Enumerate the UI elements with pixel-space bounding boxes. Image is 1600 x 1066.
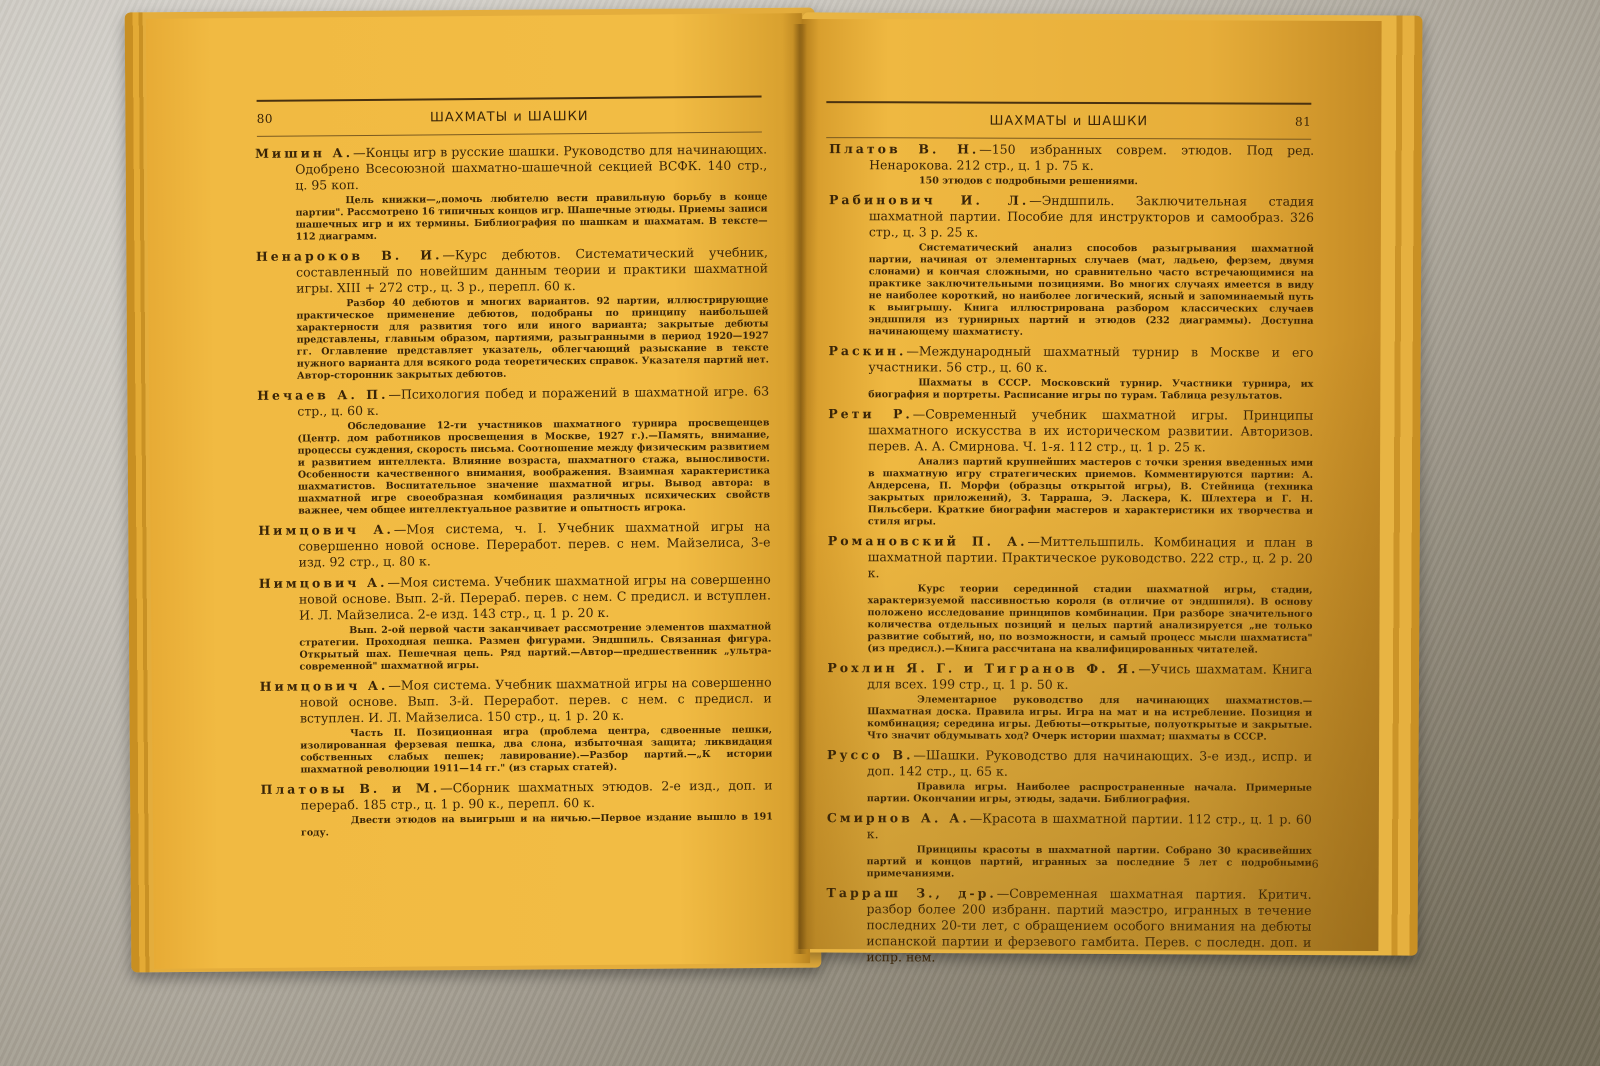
bibliography-entry: Романовский П. А.—Миттельшпиль. Комбинац… xyxy=(827,533,1312,657)
entry-title-line: Рохлин Я. Г. и Тигранов Ф. Я.—Учись шахм… xyxy=(827,660,1312,694)
bibliography-entry: Нимцович А.—Моя система, ч. I. Учебник ш… xyxy=(258,518,770,570)
entry-title-line: Нимцович А.—Моя система. Учебник шахматн… xyxy=(260,674,772,726)
entry-author: Рохлин Я. Г. и Тигранов Ф. Я. xyxy=(827,660,1138,676)
book-gutter xyxy=(793,24,807,954)
bibliography-entry: Нечаев А. П.—Психология побед и поражени… xyxy=(257,383,770,517)
entry-author: Ненароков В. И. xyxy=(256,247,443,264)
right-page: ШАХМАТЫ и ШАШКИ 81 Платов В. Н.—150 избр… xyxy=(798,19,1381,951)
bibliography-entry: Руссо В.—Шашки. Руководство для начинающ… xyxy=(827,747,1312,807)
entry-annotation: Обследование 12-ти участников шахматного… xyxy=(257,417,770,517)
entry-title-line: Нимцович А.—Моя система, ч. I. Учебник ш… xyxy=(258,518,770,570)
entry-author: Нимцович А. xyxy=(260,678,389,694)
entry-title-line: Нимцович А.—Моя система. Учебник шахматн… xyxy=(259,571,771,623)
entry-annotation: Систематический анализ способов разыгрыв… xyxy=(829,242,1314,340)
running-title: ШАХМАТЫ и ШАШКИ xyxy=(297,107,722,126)
entry-author: Смирнов А. А. xyxy=(827,810,970,825)
entry-annotation: Цель книжки—„помочь любителю вести прави… xyxy=(255,191,767,243)
entry-annotation: 150 этюдов с подробными решениями. xyxy=(829,175,1314,189)
entry-author: Нечаев А. П. xyxy=(257,387,388,403)
entry-author: Нимцович А. xyxy=(258,522,394,538)
entry-description: —Шашки. Руководство для начинающих. 3-е … xyxy=(867,747,1312,778)
entry-title-line: Рабинович И. Л.—Эндшпиль. Заключительная… xyxy=(829,192,1314,242)
entry-annotation: Разбор 40 дебютов и многих вариантов. 92… xyxy=(256,294,769,382)
left-page: 80 ШАХМАТЫ и ШАШКИ Мишин А.—Концы игр в … xyxy=(146,13,810,969)
entry-author: Платовы В. и М. xyxy=(261,780,441,797)
entry-annotation: Элементарное руководство для начинающих … xyxy=(827,694,1312,744)
entry-annotation: Вып. 2-ой первой части заканчивает рассм… xyxy=(259,621,771,673)
entry-author: Рети Р. xyxy=(828,406,913,421)
bibliography-entry: Платовы В. и М.—Сборник шахматных этюдов… xyxy=(261,777,773,839)
entry-annotation: Правила игры. Наиболее распространенные … xyxy=(827,781,1312,807)
page-number: 80 xyxy=(257,112,297,126)
entry-author: Нимцович А. xyxy=(259,575,388,591)
running-title: ШАХМАТЫ и ШАШКИ xyxy=(866,113,1271,129)
left-page-header: 80 ШАХМАТЫ и ШАШКИ xyxy=(257,96,762,137)
entry-title-line: Романовский П. А.—Миттельшпиль. Комбинац… xyxy=(828,533,1313,583)
entry-title-line: Платовы В. и М.—Сборник шахматных этюдов… xyxy=(261,777,773,813)
signature-mark: 6 xyxy=(1312,858,1319,871)
bibliography-entry: Рабинович И. Л.—Эндшпиль. Заключительная… xyxy=(829,192,1315,340)
entry-author: Руссо В. xyxy=(827,747,913,762)
entry-annotation: Двести этюдов на выигрыш и на ничью.—Пер… xyxy=(261,811,773,839)
entry-description: —Международный шахматный турнир в Москве… xyxy=(868,343,1313,374)
entry-annotation: Принципы красоты в шахматной партии. Соб… xyxy=(827,844,1312,882)
bibliography-entry: Ненароков В. И.—Курс дебютов. Систематич… xyxy=(256,244,769,382)
right-page-header: ШАХМАТЫ и ШАШКИ 81 xyxy=(826,101,1311,140)
entry-annotation: Шахматы в СССР. Московский турнир. Участ… xyxy=(828,377,1313,403)
bibliography-entry: Платов В. Н.—150 избранных соврем. этюдо… xyxy=(829,141,1314,189)
bibliography-entry: Нимцович А.—Моя система. Учебник шахматн… xyxy=(259,571,772,673)
entry-title-line: Мишин А.—Концы игр в русские шашки. Руко… xyxy=(255,141,767,193)
left-page-body: Мишин А.—Концы игр в русские шашки. Руко… xyxy=(255,141,773,844)
entry-annotation: Курс теории серединной стадии шахматной … xyxy=(827,583,1312,657)
entry-description: —Концы игр в русские шашки. Руководство … xyxy=(295,141,767,192)
entry-author: Романовский П. А. xyxy=(828,533,1028,549)
entry-description: —Современный учебник шахматной игры. При… xyxy=(868,406,1313,454)
entry-author: Рабинович И. Л. xyxy=(829,192,1029,208)
bibliography-entry: Раскин.—Международный шахматный турнир в… xyxy=(828,343,1313,403)
entry-author: Тарраш З., д-р. xyxy=(827,885,997,901)
bibliography-entry: Тарраш З., д-р.—Современная шахматная па… xyxy=(826,885,1311,967)
entry-title-line: Смирнов А. А.—Красота в шахматной партии… xyxy=(827,810,1312,844)
entry-author: Платов В. Н. xyxy=(829,141,979,157)
bibliography-entry: Нимцович А.—Моя система. Учебник шахматн… xyxy=(260,674,773,776)
entry-title-line: Рети Р.—Современный учебник шахматной иг… xyxy=(828,406,1313,456)
entry-annotation: Анализ партий крупнейших мастеров с точк… xyxy=(828,456,1313,530)
right-page-body: Платов В. Н.—150 избранных соврем. этюдо… xyxy=(826,141,1314,972)
page-number: 81 xyxy=(1271,115,1311,129)
bibliography-entry: Смирнов А. А.—Красота в шахматной партии… xyxy=(827,810,1312,882)
entry-author: Мишин А. xyxy=(255,145,353,161)
bibliography-entry: Мишин А.—Концы игр в русские шашки. Руко… xyxy=(255,141,768,243)
entry-title-line: Руссо В.—Шашки. Руководство для начинающ… xyxy=(827,747,1312,781)
entry-title-line: Тарраш З., д-р.—Современная шахматная па… xyxy=(826,885,1311,967)
entry-author: Раскин. xyxy=(828,343,906,358)
entry-annotation: Часть II. Позиционная игра (проблема цен… xyxy=(260,724,772,776)
entry-title-line: Нечаев А. П.—Психология побед и поражени… xyxy=(257,383,769,419)
bibliography-entry: Рети Р.—Современный учебник шахматной иг… xyxy=(828,406,1313,530)
bibliography-entry: Рохлин Я. Г. и Тигранов Ф. Я.—Учись шахм… xyxy=(827,660,1312,744)
entry-title-line: Платов В. Н.—150 избранных соврем. этюдо… xyxy=(829,141,1314,175)
entry-title-line: Раскин.—Международный шахматный турнир в… xyxy=(828,343,1313,377)
entry-title-line: Ненароков В. И.—Курс дебютов. Систематич… xyxy=(256,244,768,296)
